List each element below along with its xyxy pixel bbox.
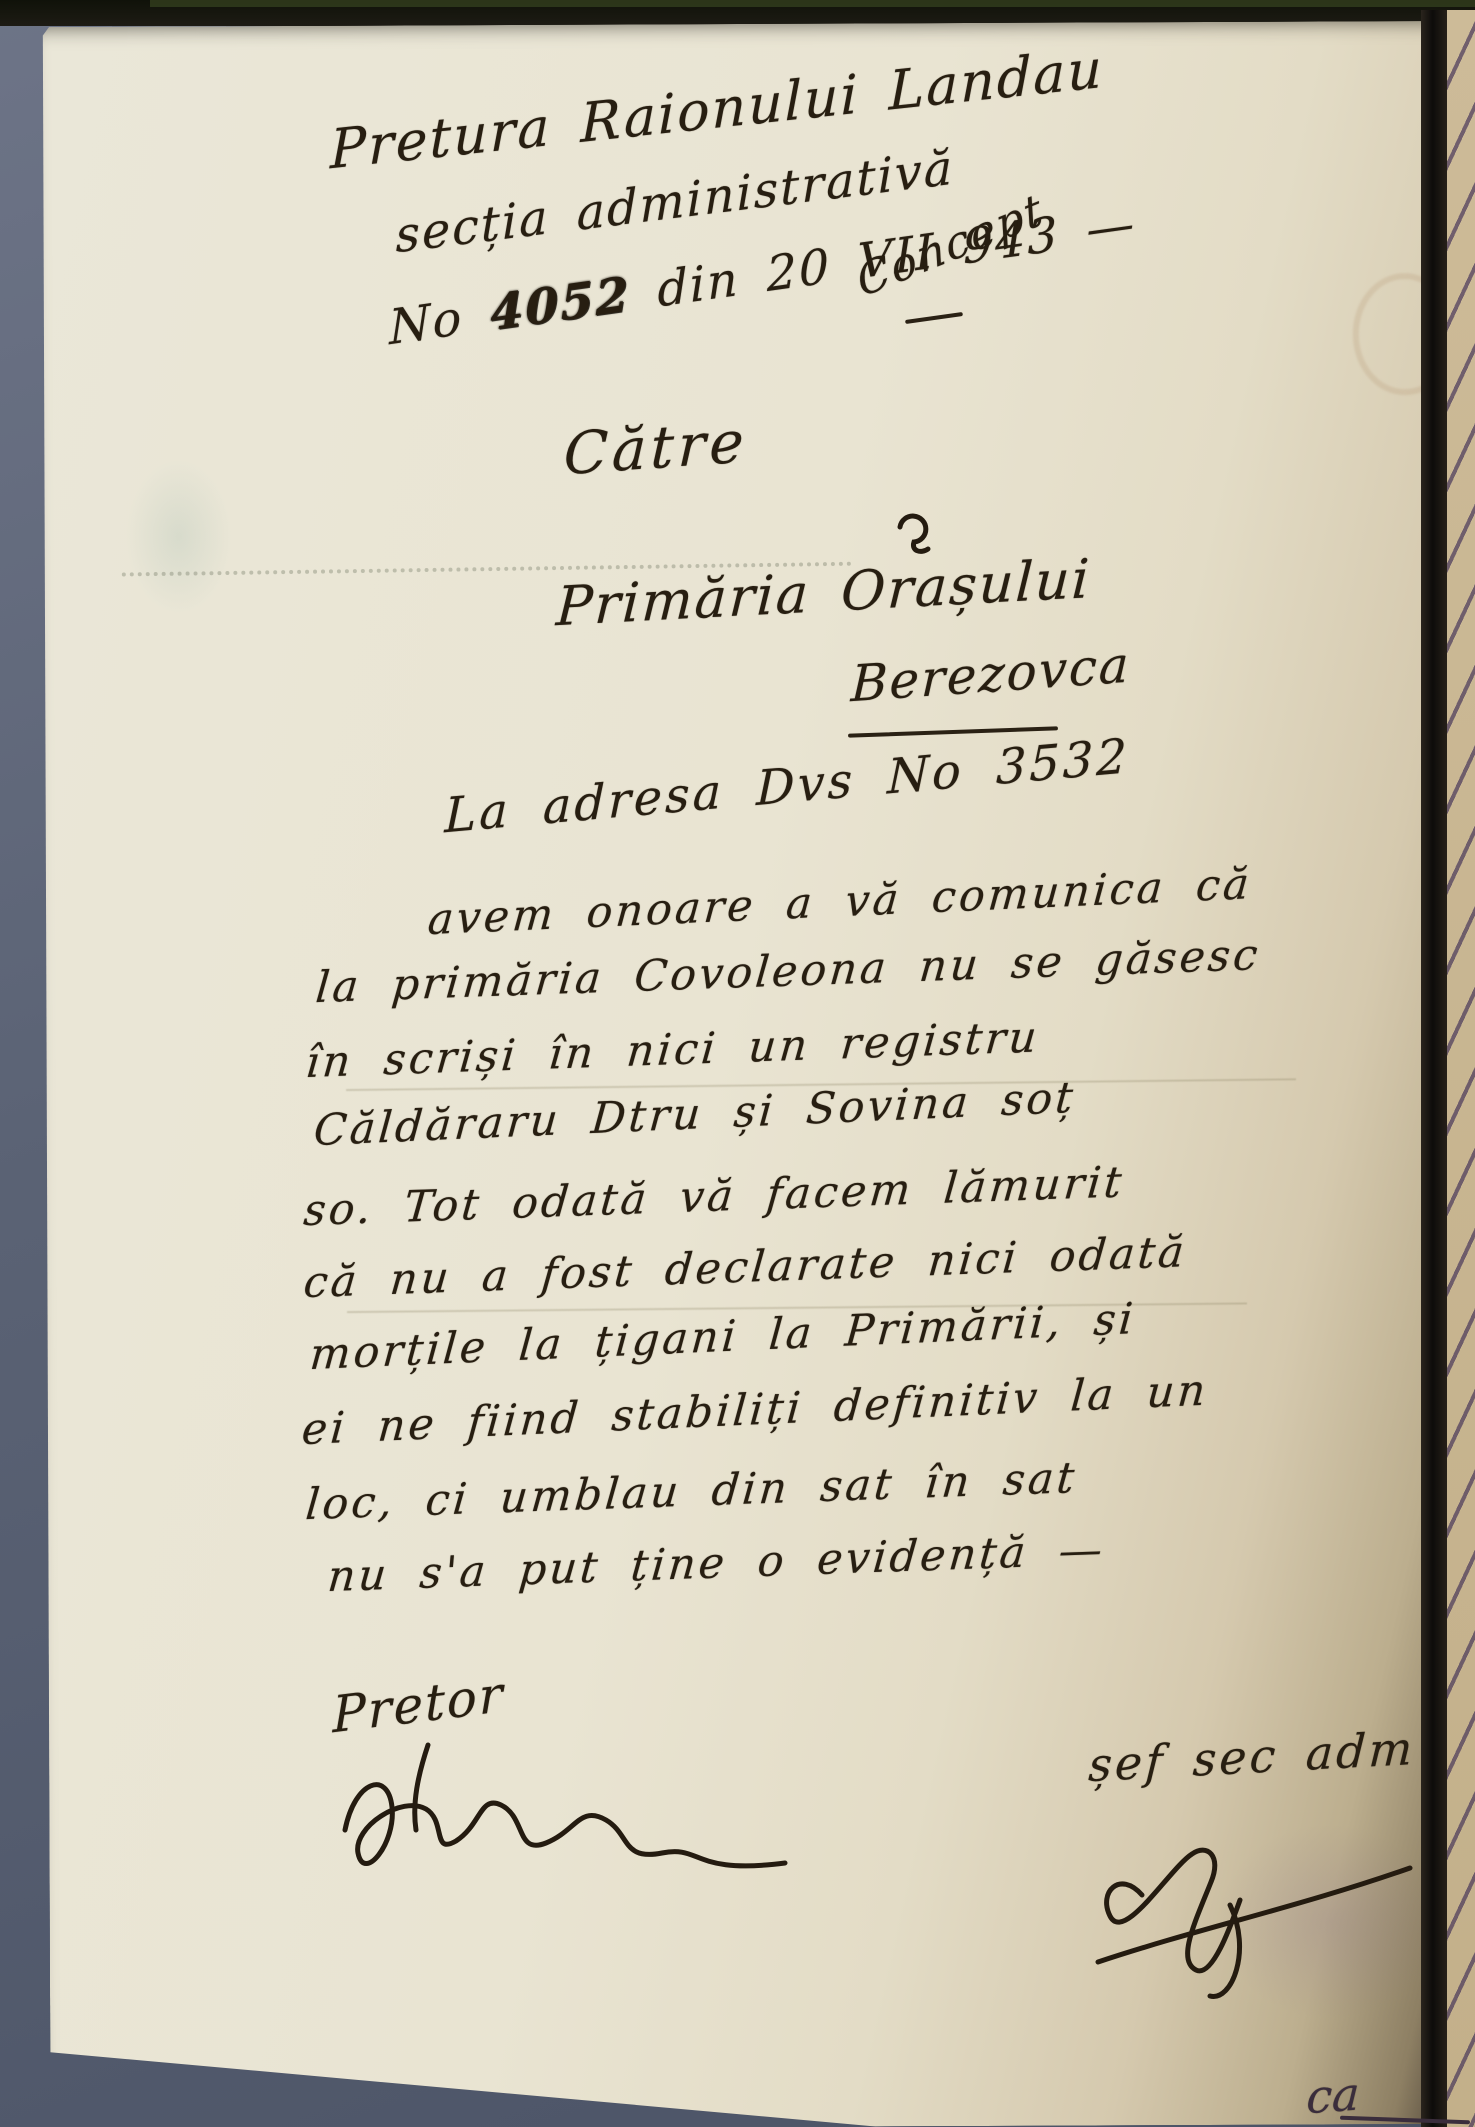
adjacent-page-edge: [1447, 10, 1475, 2127]
book-spine-gap: [1421, 10, 1447, 2127]
archive-scan: { "letter": { "header": { "office_line":…: [0, 0, 1475, 2127]
book-cover-sliver: [150, 0, 1475, 7]
salutation-to: Către: [563, 407, 749, 488]
pretor-signature: [330, 1735, 800, 1915]
sef-signature: [1080, 1810, 1430, 2020]
ink-smudge-left: [103, 426, 254, 647]
number-prefix: No: [388, 290, 464, 357]
